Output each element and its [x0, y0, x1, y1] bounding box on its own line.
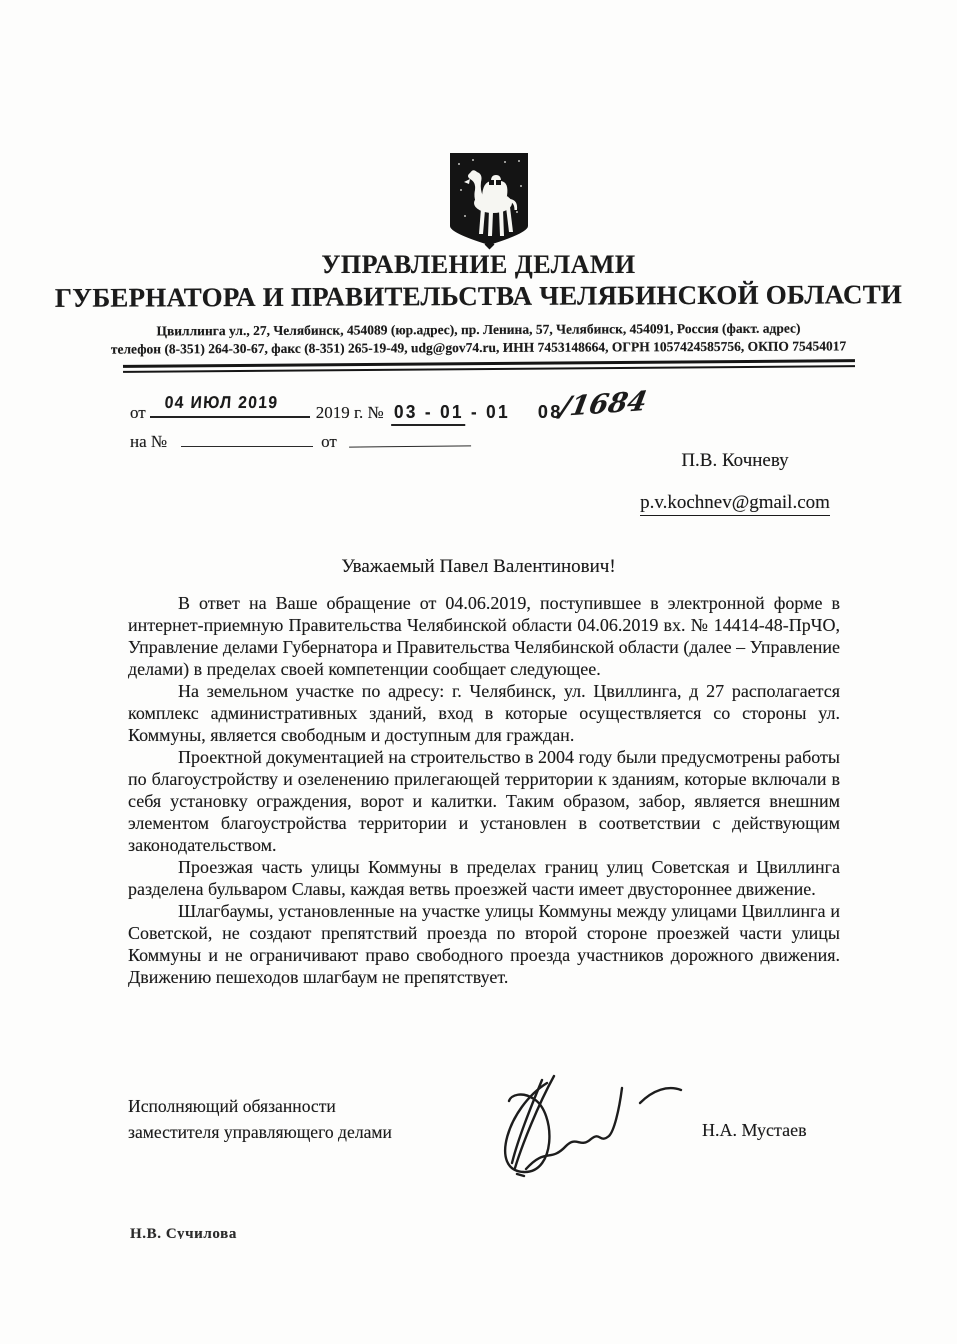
- reference-line-date-number: от04 ИЮЛ 20192019 г. №03 - 01 - 0108/168…: [130, 394, 646, 425]
- signature-block: Исполняющий обязанности заместителя упра…: [128, 1093, 840, 1145]
- handwritten-signature: [450, 1073, 700, 1193]
- from-label: от: [130, 403, 146, 423]
- letterhead-divider: [123, 359, 855, 373]
- year-number-label: 2019 г. №: [316, 403, 384, 422]
- reference-line-reply: на №от: [130, 430, 471, 452]
- number-underline: [391, 424, 465, 426]
- recipient-email: p.v.kochnev@gmail.com: [640, 492, 830, 516]
- recipient-name: П.В. Кочневу: [595, 450, 875, 472]
- executor-name: Н.В. Сучилова: [130, 1226, 237, 1239]
- org-name-line1: УПРАВЛЕНИЕ ДЕЛАМИ: [0, 250, 957, 280]
- reply-date-label: от: [321, 432, 337, 452]
- paragraph-5: Шлагбаумы, установленные на участке улиц…: [128, 900, 840, 988]
- paragraph-1: В ответ на Ваше обращение от 04.06.2019,…: [128, 592, 840, 680]
- org-name-line2: ГУБЕРНАТОРА И ПРАВИТЕЛЬСТВА ЧЕЛЯБИНСКОЙ …: [0, 279, 957, 314]
- date-stamp: 04 ИЮЛ 2019: [164, 393, 279, 413]
- recipient-block: П.В. Кочневу p.v.kochnev@gmail.com: [595, 450, 875, 516]
- coat-of-arms-emblem: [445, 150, 533, 250]
- reply-number-blank: [181, 430, 313, 447]
- salutation: Уважаемый Павел Валентинович!: [0, 556, 957, 578]
- date-stamp-line: 04 ИЮЛ 2019: [150, 394, 310, 418]
- paragraph-4: Проезжая часть улицы Коммуны в пределах …: [128, 856, 840, 900]
- letter-body: В ответ на Ваше обращение от 04.06.2019,…: [128, 592, 840, 988]
- paragraph-2: На земельном участке по адресу: г. Челяб…: [128, 680, 840, 746]
- scanned-letter-page: УПРАВЛЕНИЕ ДЕЛАМИ ГУБЕРНАТОРА И ПРАВИТЕЛ…: [0, 0, 957, 1344]
- letterhead-title: УПРАВЛЕНИЕ ДЕЛАМИ ГУБЕРНАТОРА И ПРАВИТЕЛ…: [0, 250, 957, 312]
- handwritten-number: /1684: [557, 386, 649, 423]
- reply-number-label: на №: [130, 432, 167, 452]
- reply-date-blank: [349, 429, 471, 447]
- address-line2: телефон (8-351) 264-30-67, факс (8-351) …: [60, 337, 897, 359]
- outgoing-number: 03 - 01 - 01: [394, 402, 510, 423]
- signer-name: Н.А. Мустаев: [702, 1120, 807, 1141]
- paragraph-3: Проектной документацией на строительство…: [128, 746, 840, 856]
- letterhead-address: Цвиллинга ул., 27, Челябинск, 454089 (юр…: [60, 319, 897, 359]
- camel-shield-icon: [445, 150, 533, 250]
